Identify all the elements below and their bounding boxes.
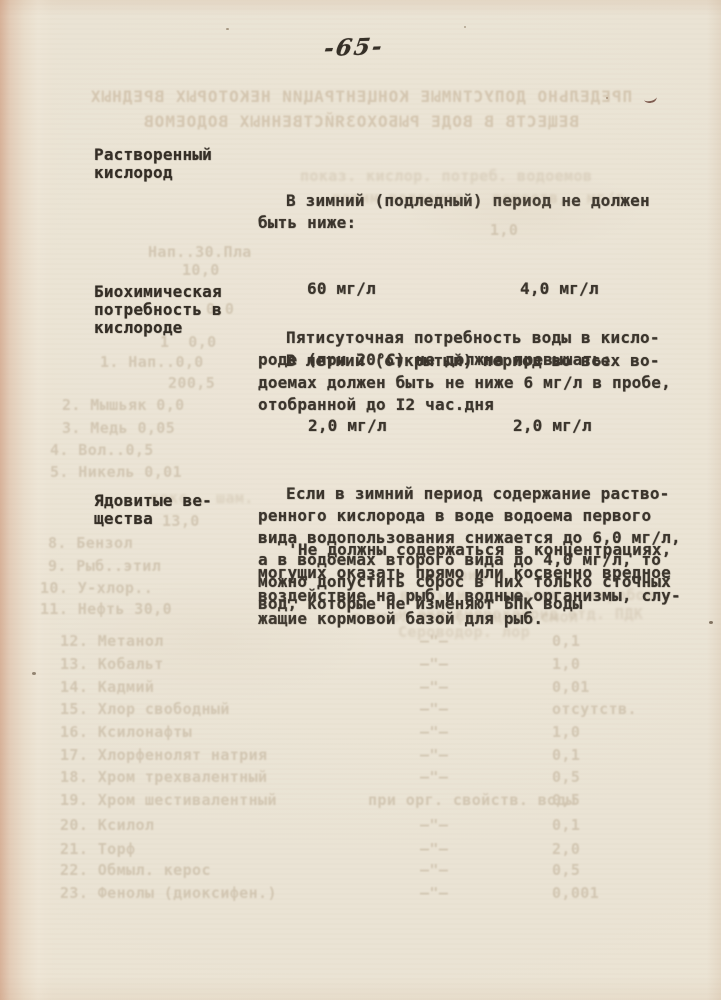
bleedthrough-text: 8. Бензол: [48, 534, 133, 552]
bleedthrough-ditto-mark: –"–: [420, 884, 448, 902]
bleedthrough-text: 20. Ксилол: [60, 816, 154, 834]
value-second-type: 2,0 мг/л: [513, 415, 592, 437]
bleedthrough-text: 10,0: [182, 261, 220, 279]
bleedthrough-title: ПРЕДЕЛЬНО ДОПУСТИМЫЕ КОНЦЕНТРАЦИИ НЕКОТО…: [78, 84, 644, 134]
paragraph-toxic-rule: 'Не должны содержаться в концентрациях, …: [258, 538, 681, 630]
bleedthrough-value: 0,1: [552, 816, 580, 834]
bleedthrough-value: 0,5: [552, 861, 580, 879]
bleedthrough-row: 20. Ксилол–"–0,1: [0, 816, 721, 836]
ink-speck: [709, 621, 713, 624]
bleedthrough-text: 19. Хром шестивалентный: [60, 791, 277, 809]
bleedthrough-text: 15. Хлор свободный: [60, 700, 230, 718]
bleedthrough-row: 16. Ксилонафты–"–1,0: [0, 723, 721, 743]
section-label-dissolved-oxygen: Растворенный кислород: [94, 146, 212, 182]
bleedthrough-text: 4. Вол..0,5: [50, 441, 154, 459]
bleedthrough-row: 23. Фенолы (диоксифен.)–"–0,001: [0, 884, 721, 904]
paragraph-winter-period: В зимний (подледный) период не должен бы…: [258, 190, 671, 234]
bleedthrough-text: 16. Ксилонафты: [60, 723, 192, 741]
bleedthrough-value: 0,01: [552, 678, 590, 696]
bleedthrough-row: 18. Хром трехвалентный–"–0,5: [0, 768, 721, 788]
ink-speck: [226, 28, 229, 30]
bleedthrough-row: 19. Хром шестивалентныйпри орг. свойств.…: [0, 791, 721, 811]
bleedthrough-text: 22. Обмыл. керос: [60, 861, 211, 879]
bleedthrough-ditto-mark: –"–: [420, 723, 448, 741]
section-label-toxic-substances: Ядовитые ве- щества: [94, 492, 212, 528]
bleedthrough-ditto-mark: –"–: [420, 768, 448, 786]
values-row: 2,0 мг/л 2,0 мг/л: [258, 415, 681, 437]
section-body-toxic-substances: 'Не должны содержаться в концентрациях, …: [258, 492, 681, 676]
value-first-type: 2,0 мг/л: [308, 415, 387, 437]
section-label-bod: Биохимическая потребность в кислороде: [94, 283, 222, 337]
ink-speck: [464, 26, 466, 28]
bleedthrough-text: Нап..30.Пла: [148, 243, 252, 261]
bleedthrough-ditto-mark: –"–: [420, 700, 448, 718]
bleedthrough-row: 14. Кадмий–"–0,01: [0, 678, 721, 698]
bleedthrough-text: 23. Фенолы (диоксифен.): [60, 884, 277, 902]
bleedthrough-text: 9. Рыб..этил: [48, 557, 161, 575]
bleedthrough-text: 11. Нефть 30,0: [40, 600, 172, 618]
bleedthrough-row: 21. Торф–"–2,0: [0, 840, 721, 860]
bleedthrough-row: 22. Обмыл. керос–"–0,5: [0, 861, 721, 881]
bleedthrough-text: при орг. свойств. воды: [368, 791, 575, 809]
bleedthrough-text: 1. Нап..0,0: [100, 353, 204, 371]
page-number: -65-: [292, 32, 416, 63]
bleedthrough-value: 0,5: [552, 768, 580, 786]
bleedthrough-text: 5. Никель 0,01: [50, 463, 182, 481]
bleedthrough-text: 12. Метанол: [60, 632, 164, 650]
scanned-document-page: ПРЕДЕЛЬНО ДОПУСТИМЫЕ КОНЦЕНТРАЦИИ НЕКОТО…: [0, 0, 721, 1000]
pen-squiggle-mark: [643, 94, 658, 105]
bleedthrough-text: 13. Кобальт: [60, 655, 164, 673]
bleedthrough-text: 3. Медь 0,05: [62, 419, 175, 437]
bleedthrough-text: 14. Кадмий: [60, 678, 154, 696]
ink-speck: [606, 97, 608, 99]
bleedthrough-ditto-mark: –"–: [420, 840, 448, 858]
bleedthrough-value: 0,001: [552, 884, 599, 902]
bleedthrough-ditto-mark: –"–: [420, 816, 448, 834]
bleedthrough-row: 15. Хлор свободный–"–отсутств.: [0, 700, 721, 720]
bleedthrough-text: 2. Мышьяк 0,0: [62, 396, 185, 414]
bleedthrough-ditto-mark: –"–: [420, 861, 448, 879]
bleedthrough-text: 10. У-хлор..: [40, 579, 153, 597]
bleedthrough-value: 0,5: [552, 791, 580, 809]
bleedthrough-value: отсутств.: [552, 700, 637, 718]
bleedthrough-value: 2,0: [552, 840, 580, 858]
bleedthrough-text: 18. Хром трехвалентный: [60, 768, 267, 786]
bleedthrough-ditto-mark: –"–: [420, 678, 448, 696]
bleedthrough-row: 17. Хлорфенолят натрия–"–0,1: [0, 746, 721, 766]
bleedthrough-value: 1,0: [552, 723, 580, 741]
bleedthrough-value: 0,1: [552, 746, 580, 764]
bleedthrough-text: 21. Торф: [60, 840, 135, 858]
bleedthrough-text: 200,5: [168, 374, 215, 392]
paragraph-five-day-demand: Пятисуточная потребность воды в кисло- р…: [258, 327, 681, 371]
bleedthrough-text: 17. Хлорфенолят натрия: [60, 746, 267, 764]
bleedthrough-ditto-mark: –"–: [420, 746, 448, 764]
ink-speck: [32, 672, 36, 675]
